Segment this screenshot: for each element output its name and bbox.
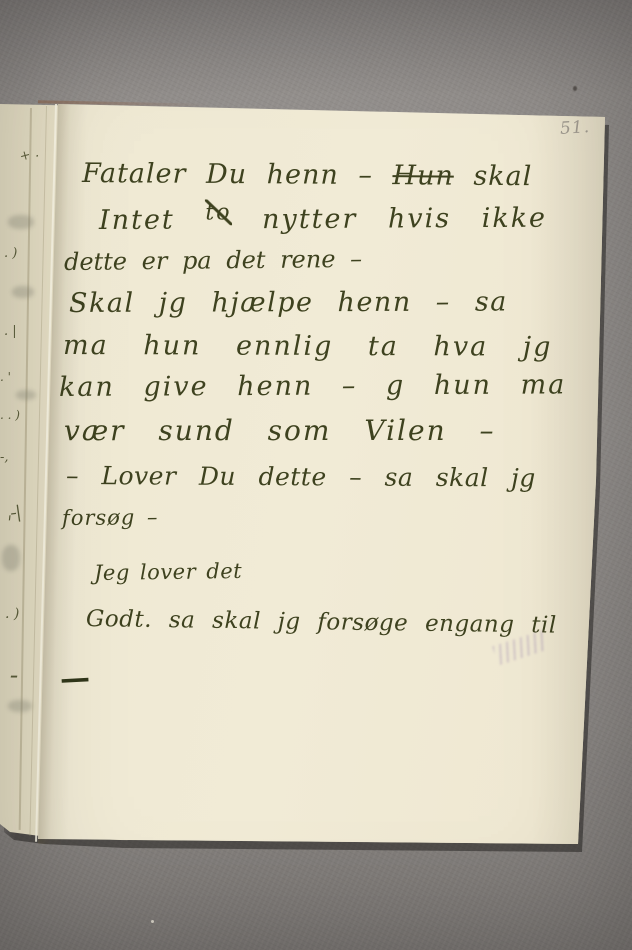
bleed-through-smudge — [16, 390, 36, 400]
bleed-through-smudge — [2, 545, 20, 571]
handwritten-line-3: dette er pa det rene – — [64, 245, 362, 276]
margin-ink-mark: . ) — [4, 246, 17, 261]
bleed-through-smudge — [8, 700, 32, 712]
page-number: 51. — [559, 117, 590, 139]
margin-ink-mark: ⌌| — [1, 502, 23, 525]
line2-text: Intet — [99, 204, 205, 236]
bleed-through-smudge — [12, 286, 34, 298]
line1-text: Fataler Du henn – — [82, 158, 393, 191]
handwritten-line-1: Fataler Du henn – Hun skal — [82, 158, 533, 192]
line2-text-after: nytter hvis ikke — [231, 203, 547, 236]
margin-ink-mark: . | — [4, 324, 17, 339]
handwritten-line-7: vær sund som Vilen – — [64, 414, 496, 447]
margin-ink-mark: – — [10, 666, 18, 685]
handwritten-line-8: – Lover Du dette – sa skal jg — [66, 461, 536, 492]
photograph-of-notebook-page: + . . ) . | . ' . . ) -, ⌌| . ) – 51. Fa… — [0, 0, 632, 950]
handwritten-line-5: ma hun ennlig ta hva jg — [63, 330, 553, 363]
line2-inserted-word: to — [205, 199, 231, 225]
handwritten-line-6: kan give henn – g hun ma — [59, 369, 566, 403]
handwritten-line-10: Jeg lover det — [94, 559, 242, 585]
line1-text-after: skal — [454, 161, 533, 193]
background-speck — [573, 86, 577, 91]
closing-dash: — — [59, 660, 91, 697]
bleed-through-smudge — [8, 215, 34, 229]
handwritten-line-9: forsøg – — [62, 505, 159, 530]
background-speck — [151, 920, 154, 923]
margin-ink-mark: . . ) — [0, 408, 20, 422]
margin-ink-mark: . ' — [0, 370, 11, 384]
handwritten-line-2: Intet to nytter hvis ikke — [99, 203, 547, 236]
line1-struck-word: Hun — [392, 160, 454, 191]
margin-ink-mark: . ) — [5, 606, 19, 622]
margin-ink-mark: -, — [0, 450, 9, 465]
handwritten-line-4: Skal jg hjælpe henn – sa — [69, 286, 508, 319]
